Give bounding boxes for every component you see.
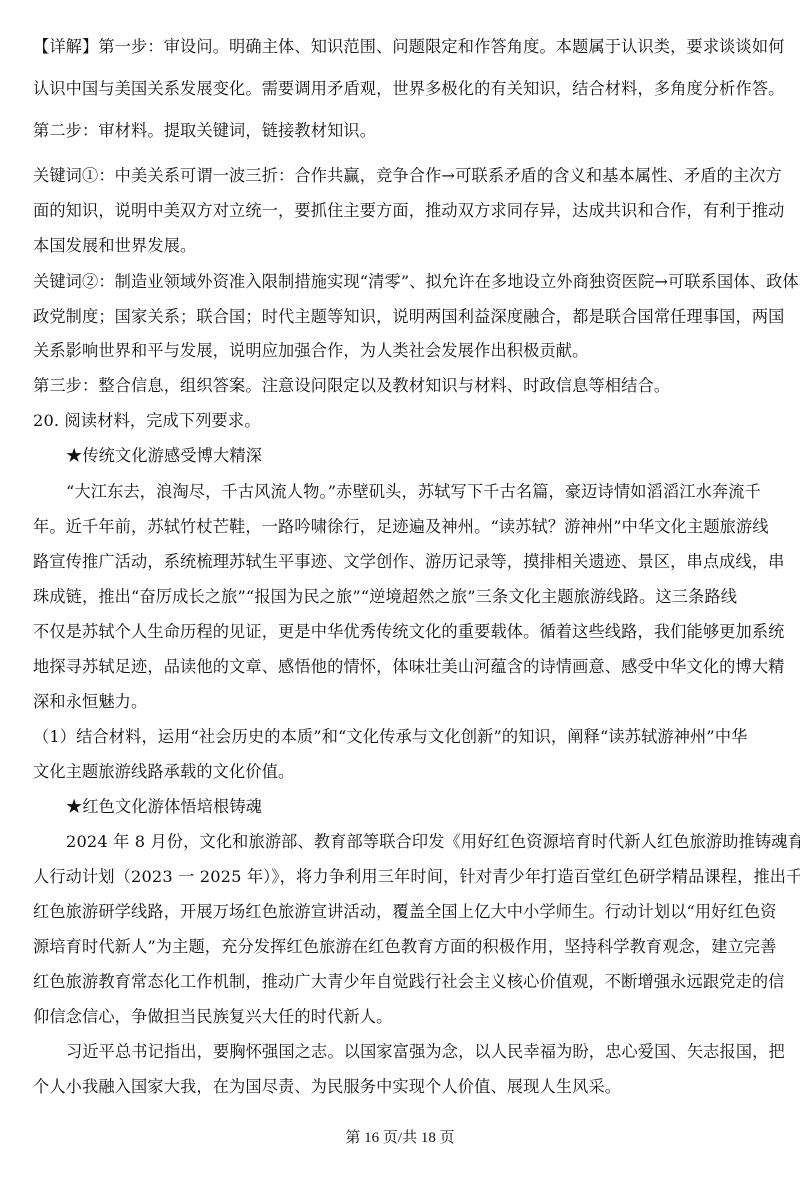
analysis-line: 认识中国与美国关系发展变化。需要调用矛盾观，世界多极化的有关知识，结合材料，多角… (33, 79, 773, 99)
material-line: 不仅是苏轼个人生命历程的见证，更是中华优秀传统文化的重要载体。循着这些线路，我们… (33, 622, 773, 642)
material-line: 2024 年 8 月份，文化和旅游部、教育部等联合印发《用好红色资源培育时代新人… (66, 832, 773, 852)
section-heading-red-culture: ★红色文化游体悟培根铸魂 (66, 797, 773, 817)
analysis-line: 关键词②：制造业领域外资准入限制措施实现“清零”、拟允许在多地设立外商独资医院→… (33, 272, 773, 292)
material-line: 路宣传推广活动，系统梳理苏轼生平事迹、文学创作、游历记录等，摸排相关遗迹、景区，… (33, 552, 773, 572)
material-line: 仰信念信心，争做担当民族复兴大任的时代新人。 (33, 1007, 773, 1027)
analysis-line: 面的知识，说明中美双方对立统一，要抓住主要方面，推动双方求同存异，达成共识和合作… (33, 201, 773, 221)
sub-question-1: （1）结合材料，运用“社会历史的本质”和“文化传承与文化创新”的知识，阐释“读苏… (33, 727, 773, 747)
material-line: 人行动计划（2023 一 2025 年）》，将力争利用三年时间，针对青少年打造百… (33, 867, 773, 887)
page-indicator: 第 16 页/共 18 页 (0, 1128, 800, 1148)
document-page: 【详解】第一步：审设问。明确主体、知识范围、问题限定和作答角度。本题属于认识类，… (0, 0, 800, 1183)
analysis-line: 第二步：审材料。提取关键词，链接教材知识。 (33, 121, 773, 141)
analysis-line: 【详解】第一步：审设问。明确主体、知识范围、问题限定和作答角度。本题属于认识类，… (33, 37, 773, 57)
material-line: 红色旅游教育常态化工作机制，推动广大青少年自觉践行社会主义核心价值观，不断增强永… (33, 972, 773, 992)
section-heading-traditional-culture: ★传统文化游感受博大精深 (66, 446, 773, 466)
analysis-line: 本国发展和世界发展。 (33, 236, 773, 256)
analysis-line: 政党制度；国家关系；联合国；时代主题等知识，说明两国利益深度融合，都是联合国常任… (33, 307, 773, 327)
material-line: 个人小我融入国家大我，在为国尽责、为民服务中实现个人价值、展现人生风采。 (33, 1077, 773, 1097)
material-line: 习近平总书记指出，要胸怀强国之志。以国家富强为念，以人民幸福为盼，忠心爱国、矢志… (66, 1042, 773, 1062)
material-line: 珠成链，推出“奋厉成长之旅”“报国为民之旅”“逆境超然之旅”三条文化主题旅游线路… (33, 587, 773, 607)
analysis-line: 关键词①：中美关系可谓一波三折：合作共赢，竞争合作→可联系矛盾的含义和基本属性、… (33, 166, 773, 186)
question-title: 20. 阅读材料，完成下列要求。 (33, 411, 773, 431)
material-line: 深和永恒魅力。 (33, 692, 773, 712)
analysis-line: 第三步：整合信息，组织答案。注意设问限定以及教材知识与材料、时政信息等相结合。 (33, 376, 773, 396)
material-line: 源培育时代新人”为主题，充分发挥红色旅游在红色教育方面的积极作用，坚持科学教育观… (33, 937, 773, 957)
material-line: 地探寻苏轼足迹，品读他的文章、感悟他的情怀，体味壮美山河蕴含的诗情画意、感受中华… (33, 657, 773, 677)
material-line: “大江东去，浪淘尽，千古风流人物。”赤壁矶头，苏轼写下千古名篇，豪迈诗情如滔滔江… (66, 482, 773, 502)
material-line: 年。近千年前，苏轼竹杖芒鞋，一路吟啸徐行，足迹遍及神州。“读苏轼？游神州”中华文… (33, 517, 773, 537)
analysis-line: 关系影响世界和平与发展，说明应加强合作，为人类社会发展作出积极贡献。 (33, 341, 773, 361)
material-line: 红色旅游研学线路，开展万场红色旅游宣讲活动，覆盖全国上亿大中小学师生。行动计划以… (33, 902, 773, 922)
sub-question-1: 文化主题旅游线路承载的文化价值。 (33, 762, 773, 782)
